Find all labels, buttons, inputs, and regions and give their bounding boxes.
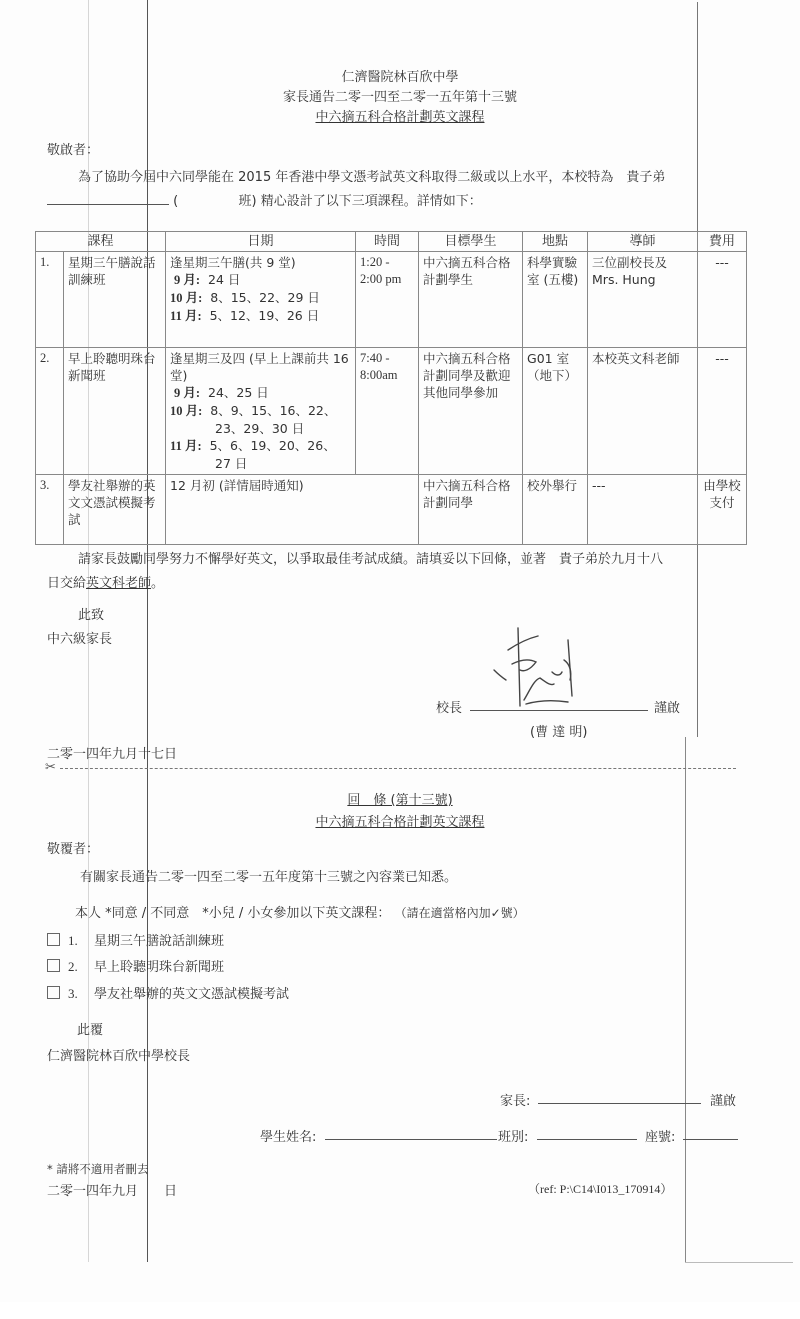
class-field[interactable] [537,1139,637,1140]
option-number: 2. [68,959,94,975]
col-header-date: 日期 [166,232,356,252]
table-row: 1. 星期三午膳說話訓練班 逢星期三午膳(共 9 堂) 9 月: 24 日 10… [36,252,747,348]
student-name-blank [47,192,169,205]
row-number: 3. [36,475,64,545]
option-3-checkbox[interactable] [47,986,60,999]
scissors-icon: ✂ [45,760,56,775]
col-header-time: 時間 [356,232,419,252]
tutor: 本校英文科老師 [588,348,698,475]
course-name: 星期三午膳說話訓練班 [64,252,166,348]
date-line: 11 月: 5、6、19、20、26、 [170,437,351,455]
fee: 由學校支付 [698,475,747,545]
table-row: 2. 早上聆聽明珠台新聞班 逢星期三及四 (早上上課前共 16 堂) 9 月: … [36,348,747,475]
option-1-checkbox[interactable] [47,933,60,946]
course-dates: 逢星期三及四 (早上上課前共 16 堂) 9 月: 24、25 日 10 月: … [166,348,356,475]
course-dates: 逢星期三午膳(共 9 堂) 9 月: 24 日 10 月: 8、15、22、29… [166,252,356,348]
course-table: 課程 日期 時間 目標學生 地點 導師 費用 1. 星期三午膳說話訓練班 逢星期… [35,231,747,545]
col-header-fee: 費用 [698,232,747,252]
addressee: 中六級家長 [47,628,112,647]
closing-line-2: 日交給英文科老師。 [47,572,164,591]
col-header-target: 目標學生 [419,232,523,252]
col-header-course: 課程 [36,232,166,252]
option-2-checkbox[interactable] [47,959,60,972]
intro-line-2-text: 班) 精心設計了以下三項課程。詳情如下： [239,194,482,209]
parent-signature-field[interactable] [538,1103,701,1104]
reply-regards: 此覆 [77,1019,103,1038]
salutation: 敬啟者： [47,139,99,158]
option-3[interactable]: 3.學友社舉辦的英文文憑試模擬考試 [47,983,289,1002]
seat-number-field[interactable] [683,1139,738,1140]
notice-number: 家長通告二零一四至二零一五年第十三號 [0,86,800,105]
row-number: 1. [36,252,64,348]
footnote: * 請將不適用者刪去 [47,1161,148,1177]
consent-text: 本人 *同意 / 不同意 *小兒 / 小女參加以下英文課程： [75,906,390,921]
tutor: 三位副校長及Mrs. Hung [588,252,698,348]
option-number: 1. [68,933,94,949]
school-name: 仁濟醫院林百欣中學 [0,66,800,85]
reply-subtitle-text: 中六摘五科合格計劃英文課程 [315,815,484,830]
course-time: 7:40 - 8:00am [356,348,419,475]
option-label: 早上聆聽明珠台新聞班 [94,960,224,975]
parent-respect: 謹啟 [710,1090,736,1109]
consent-line: 本人 *同意 / 不同意 *小兒 / 小女參加以下英文課程： （請在適當格內加✓… [75,902,525,921]
col-header-venue: 地點 [523,232,588,252]
parent-label: 家長: [500,1090,530,1109]
col-header-tutor: 導師 [588,232,698,252]
option-2[interactable]: 2.早上聆聽明珠台新聞班 [47,956,224,975]
notice-title: 中六摘五科合格計劃英文課程 [0,106,800,125]
course-name: 早上聆聽明珠台新聞班 [64,348,166,475]
intro-line-1: 為了協助今屆中六同學能在 2015 年香港中學文憑考試英文科取得二級或以上水平，… [78,166,665,185]
course-name: 學友社舉辦的英文文憑試模擬考試 [64,475,166,545]
row-number: 2. [36,348,64,475]
principal-title: 校長 [436,697,462,716]
venue: G01 室 （地下） [523,348,588,475]
notice-page: 仁濟醫院林百欣中學 家長通告二零一四至二零一五年第十三號 中六摘五科合格計劃英文… [0,0,800,1302]
closing-prefix: 日交給 [47,576,86,591]
venue: 科學實驗室 (五樓) [523,252,588,348]
reference-code: （ref: P:\C14\I013_170914） [528,1180,672,1197]
course-dates: 12 月初 (詳情屆時通知) [166,475,419,545]
reply-date: 二零一四年九月 日 [47,1180,177,1199]
notice-date: 二零一四年九月十七日 [47,743,177,762]
table-row: 3. 學友社舉辦的英文文憑試模擬考試 12 月初 (詳情屆時通知) 中六摘五科合… [36,475,747,545]
option-label: 學友社舉辦的英文文憑試模擬考試 [94,987,289,1002]
option-number: 3. [68,986,94,1002]
closing-line-1: 請家長鼓勵同學努力不懈學好英文，以爭取最佳考試成績。請填妥以下回條，並著 貴子弟… [78,548,663,567]
dates-intro: 逢星期三午膳(共 9 堂) [170,254,351,271]
reply-subtitle: 中六摘五科合格計劃英文課程 [0,811,800,830]
reply-addressee: 仁濟醫院林百欣中學校長 [47,1045,190,1064]
signature-line [470,710,648,711]
dates-intro: 逢星期三及四 (早上上課前共 16 堂) [170,350,351,384]
fee: --- [698,252,747,348]
date-line: 9 月: 24 日 [170,271,351,289]
signature-icon [490,620,610,710]
date-line: 10 月: 8、9、15、16、22、 [170,402,351,420]
principal-name: (曹 達 明) [530,721,587,740]
notice-title-text: 中六摘五科合格計劃英文課程 [315,110,484,125]
reply-acknowledgement: 有關家長通告二零一四至二零一五年度第十三號之內容業已知悉。 [80,866,457,885]
course-time: 1:20 - 2:00 pm [356,252,419,348]
date-line: 23、29、30 日 [170,420,351,437]
reply-title-text: 回 條 (第十三號) [347,793,452,808]
student-name-label: 學生姓名: [260,1126,316,1145]
target-students: 中六摘五科合格計劃同學 [419,475,523,545]
venue: 校外舉行 [523,475,588,545]
reply-title: 回 條 (第十三號) [0,789,800,808]
date-line: 27 日 [170,455,351,472]
seat-label: 座號: [645,1126,675,1145]
option-label: 星期三午膳說話訓練班 [94,934,224,949]
closing-suffix: 。 [151,576,164,591]
target-students: 中六摘五科合格計劃學生 [419,252,523,348]
regards: 此致 [78,604,104,623]
date-line: 9 月: 24、25 日 [170,384,351,402]
intro-line-2: ( 班) 精心設計了以下三項課程。詳情如下： [47,190,482,209]
cut-line [60,768,736,769]
reply-salutation: 敬覆者： [47,838,99,857]
paren-open: ( [173,194,178,209]
table-header-row: 課程 日期 時間 目標學生 地點 導師 費用 [36,232,747,252]
fee: --- [698,348,747,475]
english-teacher-text: 英文科老師 [86,576,151,591]
principal-respect: 謹啟 [654,697,680,716]
scan-edge [685,1262,793,1263]
option-1[interactable]: 1.星期三午膳說話訓練班 [47,930,224,949]
class-label: 班別: [498,1126,528,1145]
target-students: 中六摘五科合格計劃同學及歡迎其他同學參加 [419,348,523,475]
date-line: 11 月: 5、12、19、26 日 [170,307,351,325]
date-line: 10 月: 8、15、22、29 日 [170,289,351,307]
tutor: --- [588,475,698,545]
student-name-field[interactable] [325,1139,497,1140]
consent-hint: （請在適當格內加✓號） [395,906,525,920]
